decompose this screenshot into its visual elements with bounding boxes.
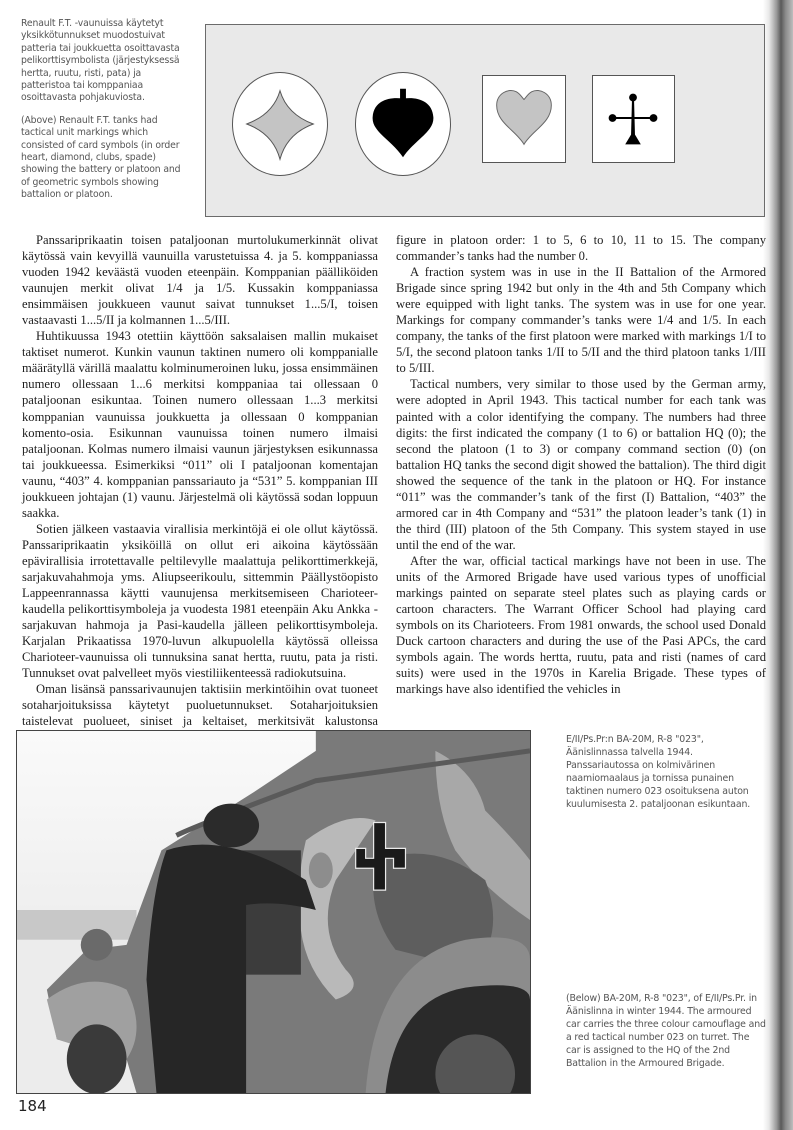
armoured-car-photo [16,730,531,1094]
body-column-english: figure in platoon order: 1 to 5, 6 to 10… [396,232,766,697]
page-number: 184 [18,1097,47,1115]
book-spine-shadow [763,0,793,1130]
paragraph: Tactical numbers, very similar to those … [396,376,766,553]
spade-symbol [355,72,451,176]
card-symbol-figure [205,24,765,217]
paragraph: After the war, official tactical marking… [396,553,766,697]
photo-caption-finnish: E/II/Ps.Pr:n BA-20M, R-8 "023", Äänislin… [566,734,766,811]
paragraph: Huhtikuussa 1943 otettiin käyttöön saksa… [22,328,378,521]
paragraph: A fraction system was in use in the II B… [396,264,766,376]
heart-symbol [482,75,566,163]
cross-symbol [592,75,675,163]
paragraph: Panssariprikaatin toisen pataljoonan mur… [22,232,378,328]
cross-icon [593,76,674,162]
photo-image [17,731,530,1093]
top-caption: Renault F.T. -vaunuissa käytetyt yksikkö… [21,18,189,212]
paragraph: figure in platoon order: 1 to 5, 6 to 10… [396,232,766,264]
body-column-finnish: Panssariprikaatin toisen pataljoonan mur… [22,232,378,746]
caption-finnish: Renault F.T. -vaunuissa käytetyt yksikkö… [21,18,189,105]
diamond-symbol [232,72,328,176]
paragraph: Sotien jälkeen vastaavia virallisia merk… [22,521,378,681]
photo-caption-english: (Below) BA-20M, R-8 "023", of E/II/Ps.Pr… [566,993,766,1070]
heart-icon [483,76,565,162]
spade-icon [356,73,450,175]
caption-english: (Above) Renault F.T. tanks had tactical … [21,115,189,202]
diamond-icon [233,73,327,175]
